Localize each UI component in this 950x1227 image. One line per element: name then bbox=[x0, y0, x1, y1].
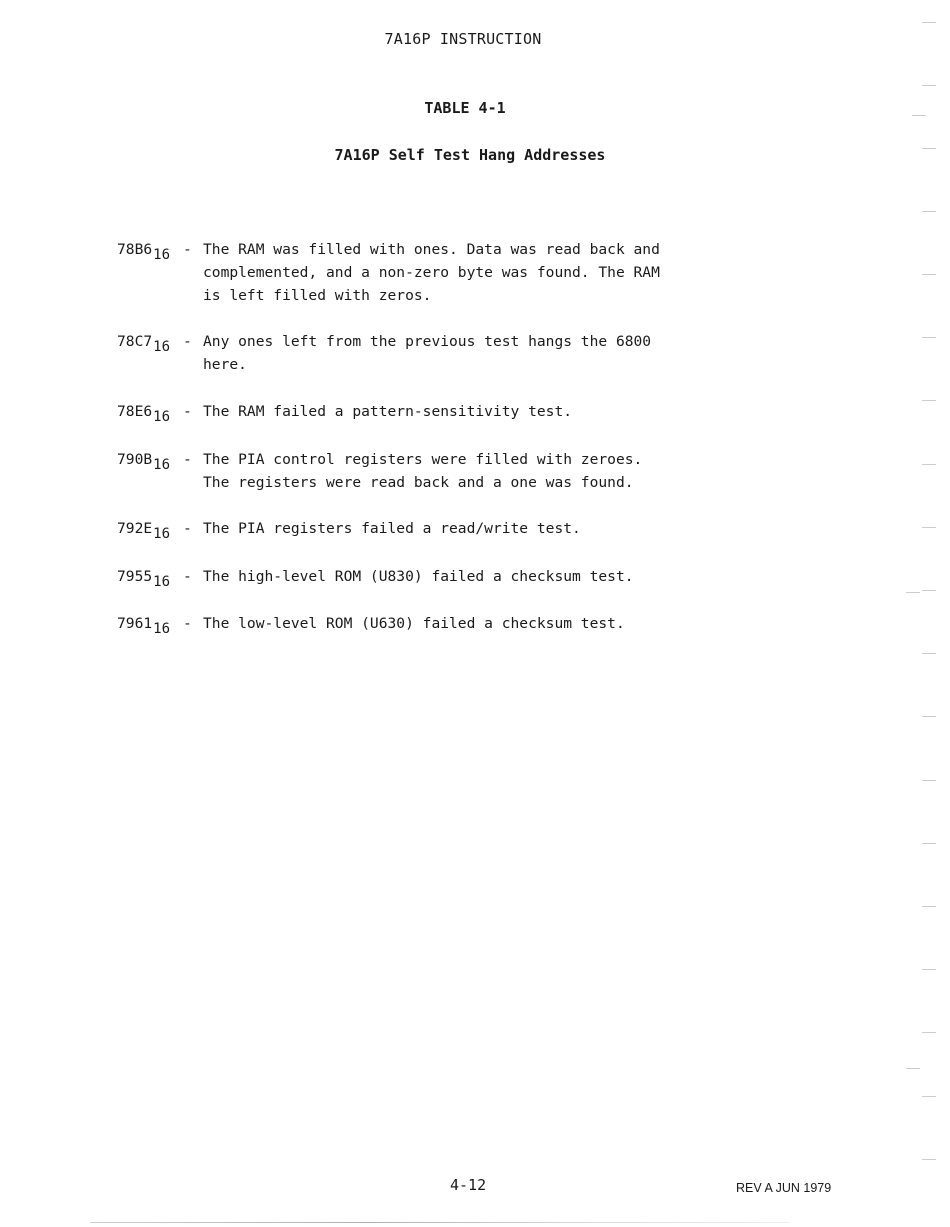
hex-address: 78E616 bbox=[117, 400, 183, 424]
hex-address: 792E16 bbox=[117, 517, 183, 541]
list-item: 78E616 - The RAM failed a pattern-sensit… bbox=[117, 400, 717, 424]
list-item: 792E16 - The PIA registers failed a read… bbox=[117, 517, 717, 541]
separator: - bbox=[183, 517, 203, 540]
hex-address: 796116 bbox=[117, 612, 183, 636]
list-item: 78C716 - Any ones left from the previous… bbox=[117, 330, 717, 376]
base-subscript: 16 bbox=[153, 526, 170, 542]
table-label: TABLE 4-1 bbox=[0, 99, 930, 117]
base-subscript: 16 bbox=[153, 574, 170, 590]
entry-description: Any ones left from the previous test han… bbox=[203, 330, 717, 376]
list-item: 790B16 - The PIA control registers were … bbox=[117, 448, 717, 494]
hang-address-list: 78B616 - The RAM was filled with ones. D… bbox=[117, 238, 717, 636]
revision-note: REV A JUN 1979 bbox=[736, 1181, 831, 1195]
separator: - bbox=[183, 565, 203, 588]
page-number: 4-12 bbox=[450, 1176, 486, 1194]
hex-address: 78C716 bbox=[117, 330, 183, 354]
hex-address: 795516 bbox=[117, 565, 183, 589]
list-item: 796116 - The low-level ROM (U630) failed… bbox=[117, 612, 717, 636]
entry-description: The PIA control registers were filled wi… bbox=[203, 448, 717, 494]
separator: - bbox=[183, 400, 203, 423]
entry-description: The low-level ROM (U630) failed a checks… bbox=[203, 612, 717, 635]
base-subscript: 16 bbox=[153, 409, 170, 425]
entry-description: The RAM failed a pattern-sensitivity tes… bbox=[203, 400, 717, 423]
separator: - bbox=[183, 330, 203, 353]
running-header: 7A16P INSTRUCTION bbox=[0, 30, 926, 48]
scan-edge-marks bbox=[910, 0, 950, 1227]
scan-edge-line bbox=[90, 1222, 790, 1223]
hex-address: 78B616 bbox=[117, 238, 183, 262]
separator: - bbox=[183, 238, 203, 261]
base-subscript: 16 bbox=[153, 621, 170, 637]
list-item: 78B616 - The RAM was filled with ones. D… bbox=[117, 238, 717, 307]
base-subscript: 16 bbox=[153, 247, 170, 263]
separator: - bbox=[183, 448, 203, 471]
list-item: 795516 - The high-level ROM (U830) faile… bbox=[117, 565, 717, 589]
entry-description: The high-level ROM (U830) failed a check… bbox=[203, 565, 717, 588]
table-title: 7A16P Self Test Hang Addresses bbox=[0, 146, 940, 164]
base-subscript: 16 bbox=[153, 339, 170, 355]
separator: - bbox=[183, 612, 203, 635]
entry-description: The PIA registers failed a read/write te… bbox=[203, 517, 717, 540]
entry-description: The RAM was filled with ones. Data was r… bbox=[203, 238, 717, 307]
hex-address: 790B16 bbox=[117, 448, 183, 472]
base-subscript: 16 bbox=[153, 457, 170, 473]
